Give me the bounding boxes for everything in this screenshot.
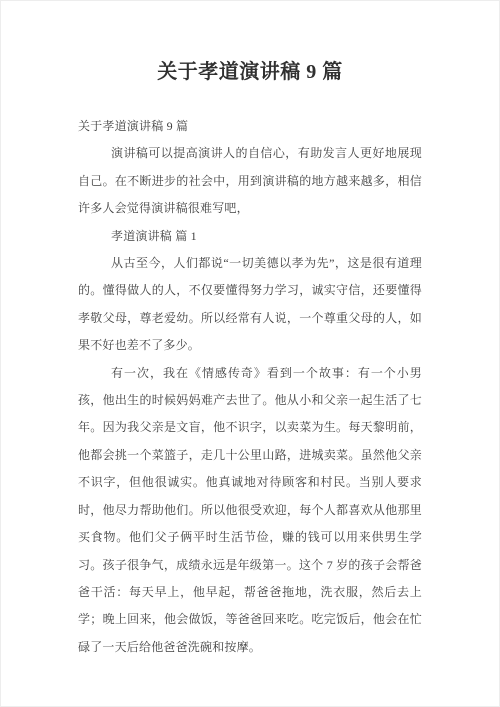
paragraph: 孝道演讲稿 篇 1 — [78, 223, 422, 250]
document-title: 关于孝道演讲稿 9 篇 — [1, 57, 499, 87]
paragraph: 从古至今，人们都说“一切美德以孝为先”，这是很有道理的。懂得做人的人，不仅要懂得… — [78, 250, 422, 360]
document-body: 关于孝道演讲稿 9 篇演讲稿可以提高演讲人的自信心，有助发言人更好地展现自己。在… — [78, 113, 422, 661]
paragraph: 关于孝道演讲稿 9 篇 — [78, 113, 422, 140]
document-page: 关于孝道演讲稿 9 篇 关于孝道演讲稿 9 篇演讲稿可以提高演讲人的自信心，有助… — [0, 0, 500, 707]
paragraph: 演讲稿可以提高演讲人的自信心，有助发言人更好地展现自己。在不断进步的社会中，用到… — [78, 140, 422, 222]
paragraph: 有一次，我在《情感传奇》看到一个故事：有一个小男孩，他出生的时候妈妈难产去世了。… — [78, 360, 422, 661]
